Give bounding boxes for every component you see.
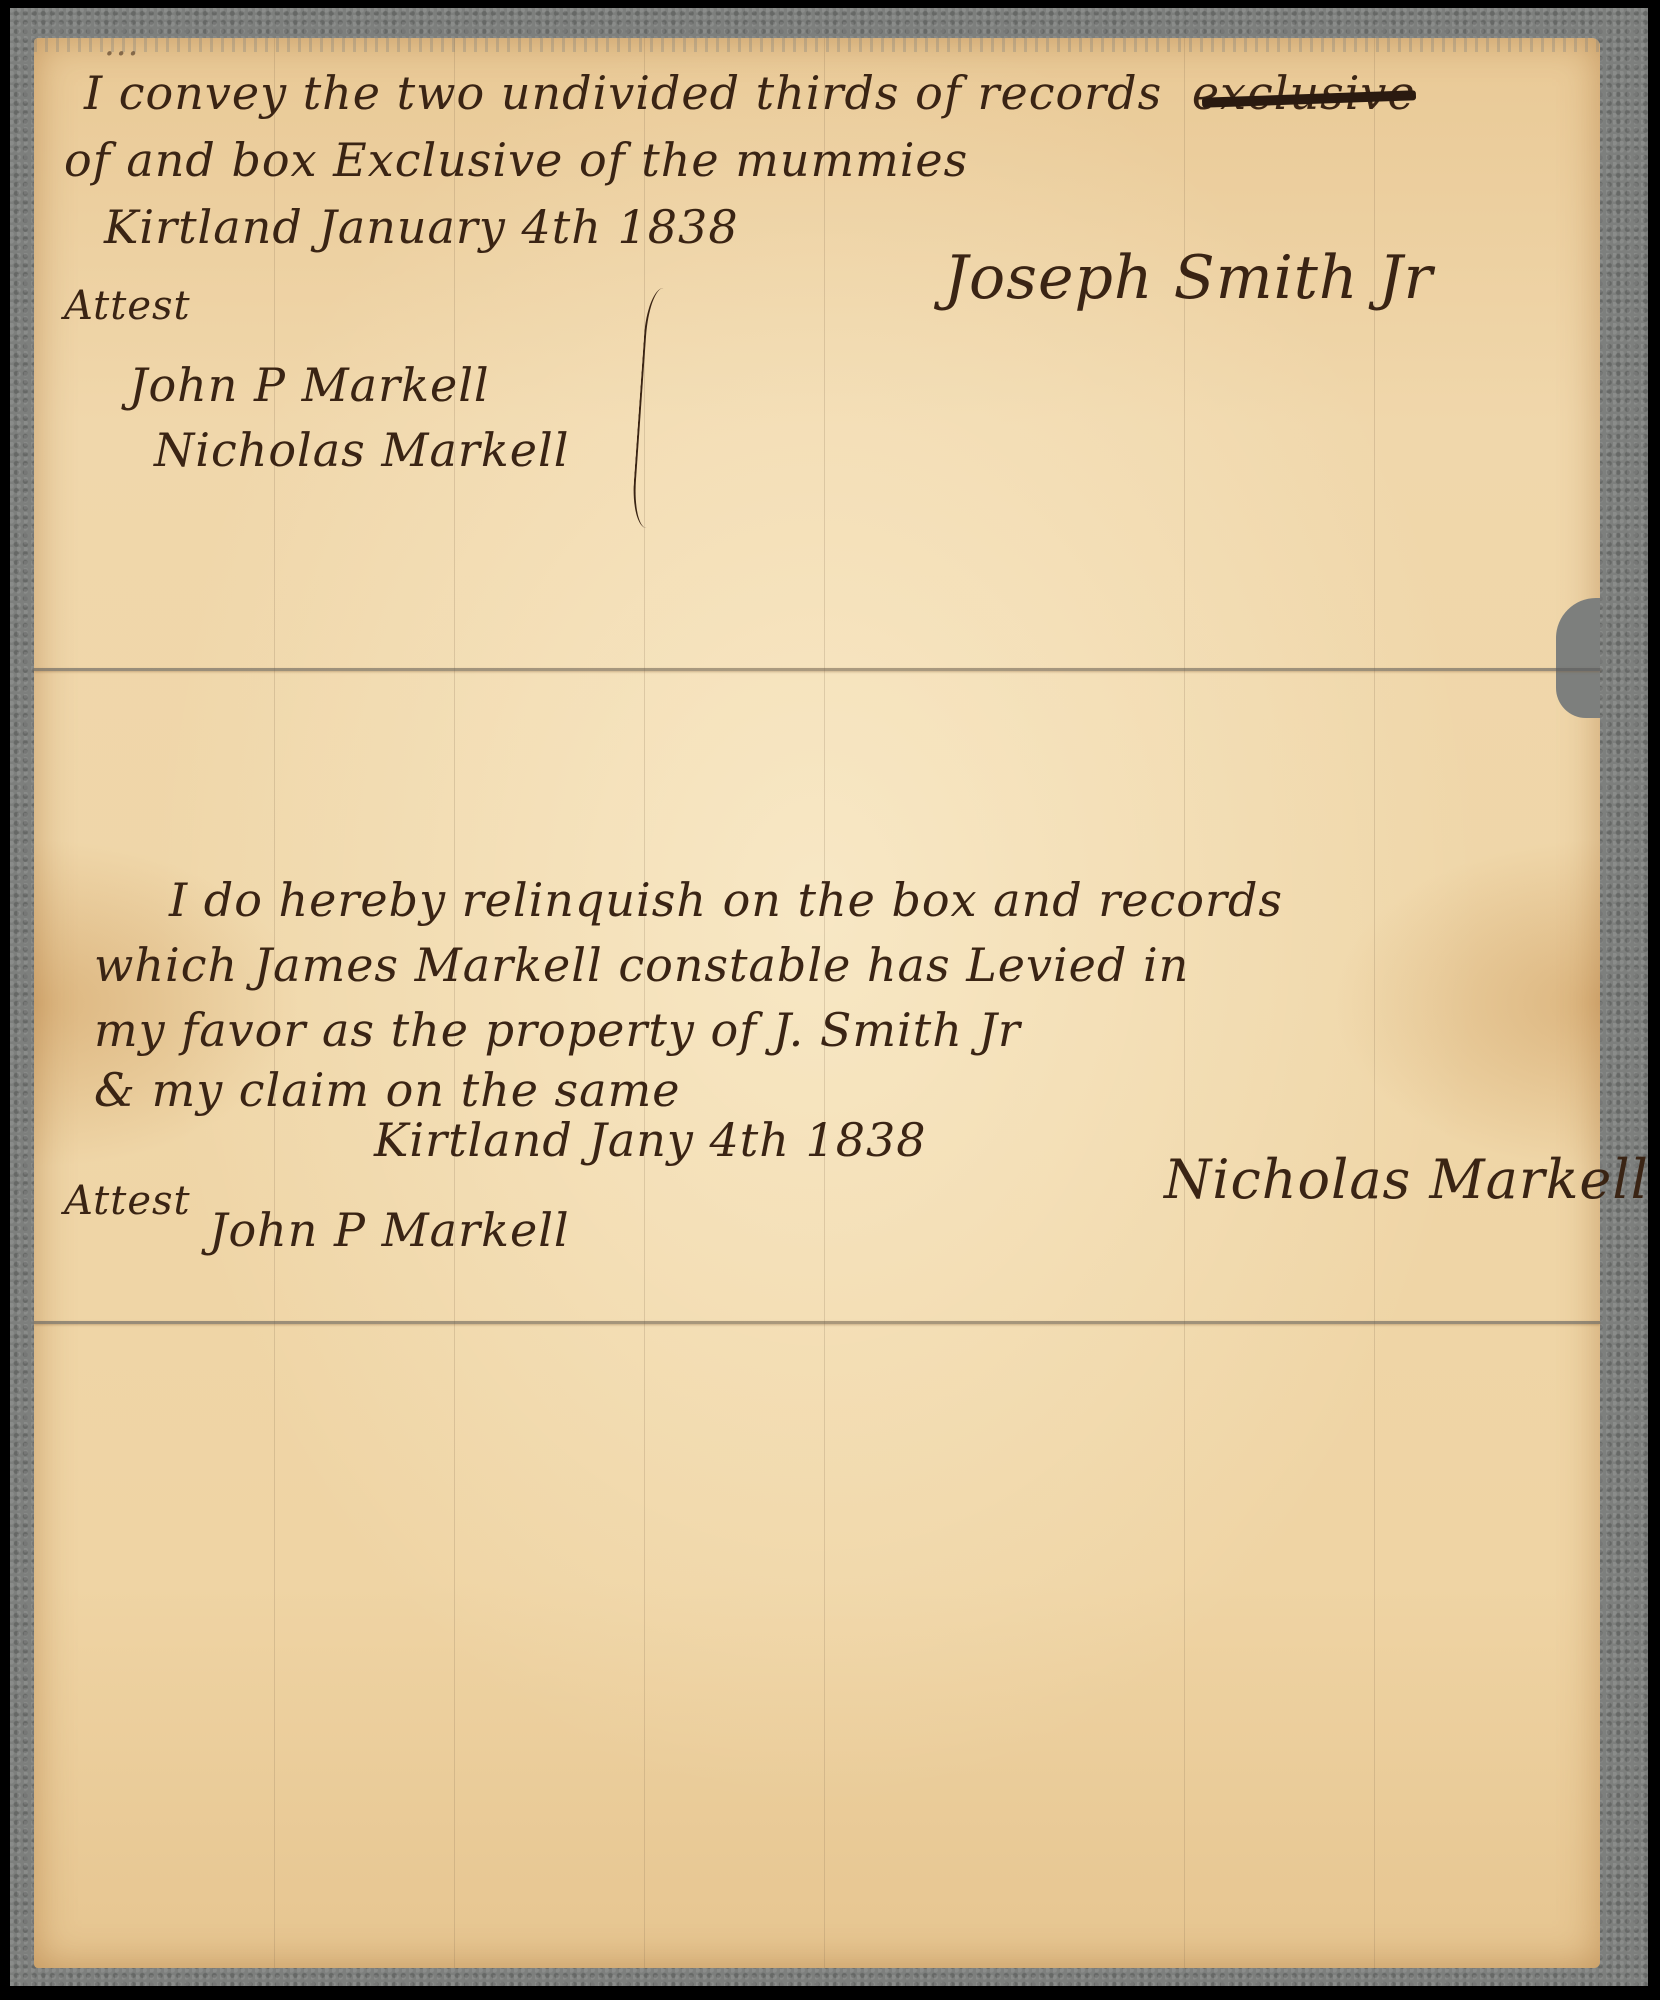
witness-nicholas-markell-top: Nicholas Markell [154,423,569,477]
horizontal-fold-upper [34,668,1600,671]
relinquish-line-3: my favor as the property of J. Smith Jr [94,1003,1021,1057]
relinquish-line-1: I do hereby relinquish on the box and re… [169,873,1283,927]
conveyance-line-2: of and box Exclusive of the mummies [64,133,968,187]
date-line-middle: Kirtland Jany 4th 1838 [374,1113,927,1167]
attest-label-middle: Attest [64,1178,191,1224]
witness-john-p-markell-top: John P Markell [129,358,490,412]
signature-nicholas-markell: Nicholas Markell [1164,1148,1649,1211]
struck-word: exclusive [1192,66,1416,120]
relinquish-line-4: & my claim on the same [94,1063,680,1117]
date-line: Kirtland January 4th 1838 [104,200,739,254]
document-paper: ... I convey the two undivided thirds of… [34,38,1600,1968]
torn-top-edge [34,38,1600,52]
torn-edge-notch [1556,598,1600,718]
attest-label-top: Attest [64,283,191,329]
horizontal-fold-lower [34,1321,1600,1324]
witness-john-p-markell-middle: John P Markell [209,1203,570,1257]
line-text: I convey the two undivided thirds of rec… [84,66,1162,120]
bracket-mark [631,288,680,528]
grey-mount-backing: ... I convey the two undivided thirds of… [10,8,1648,1986]
relinquish-line-2: which James Markell constable has Levied… [94,938,1189,992]
signature-joseph-smith: Joseph Smith Jr [944,243,1433,313]
bottom-section-blank [34,1328,1600,1968]
conveyance-line-1: I convey the two undivided thirds of rec… [84,66,1416,120]
cut-off-line: ... [104,24,139,64]
